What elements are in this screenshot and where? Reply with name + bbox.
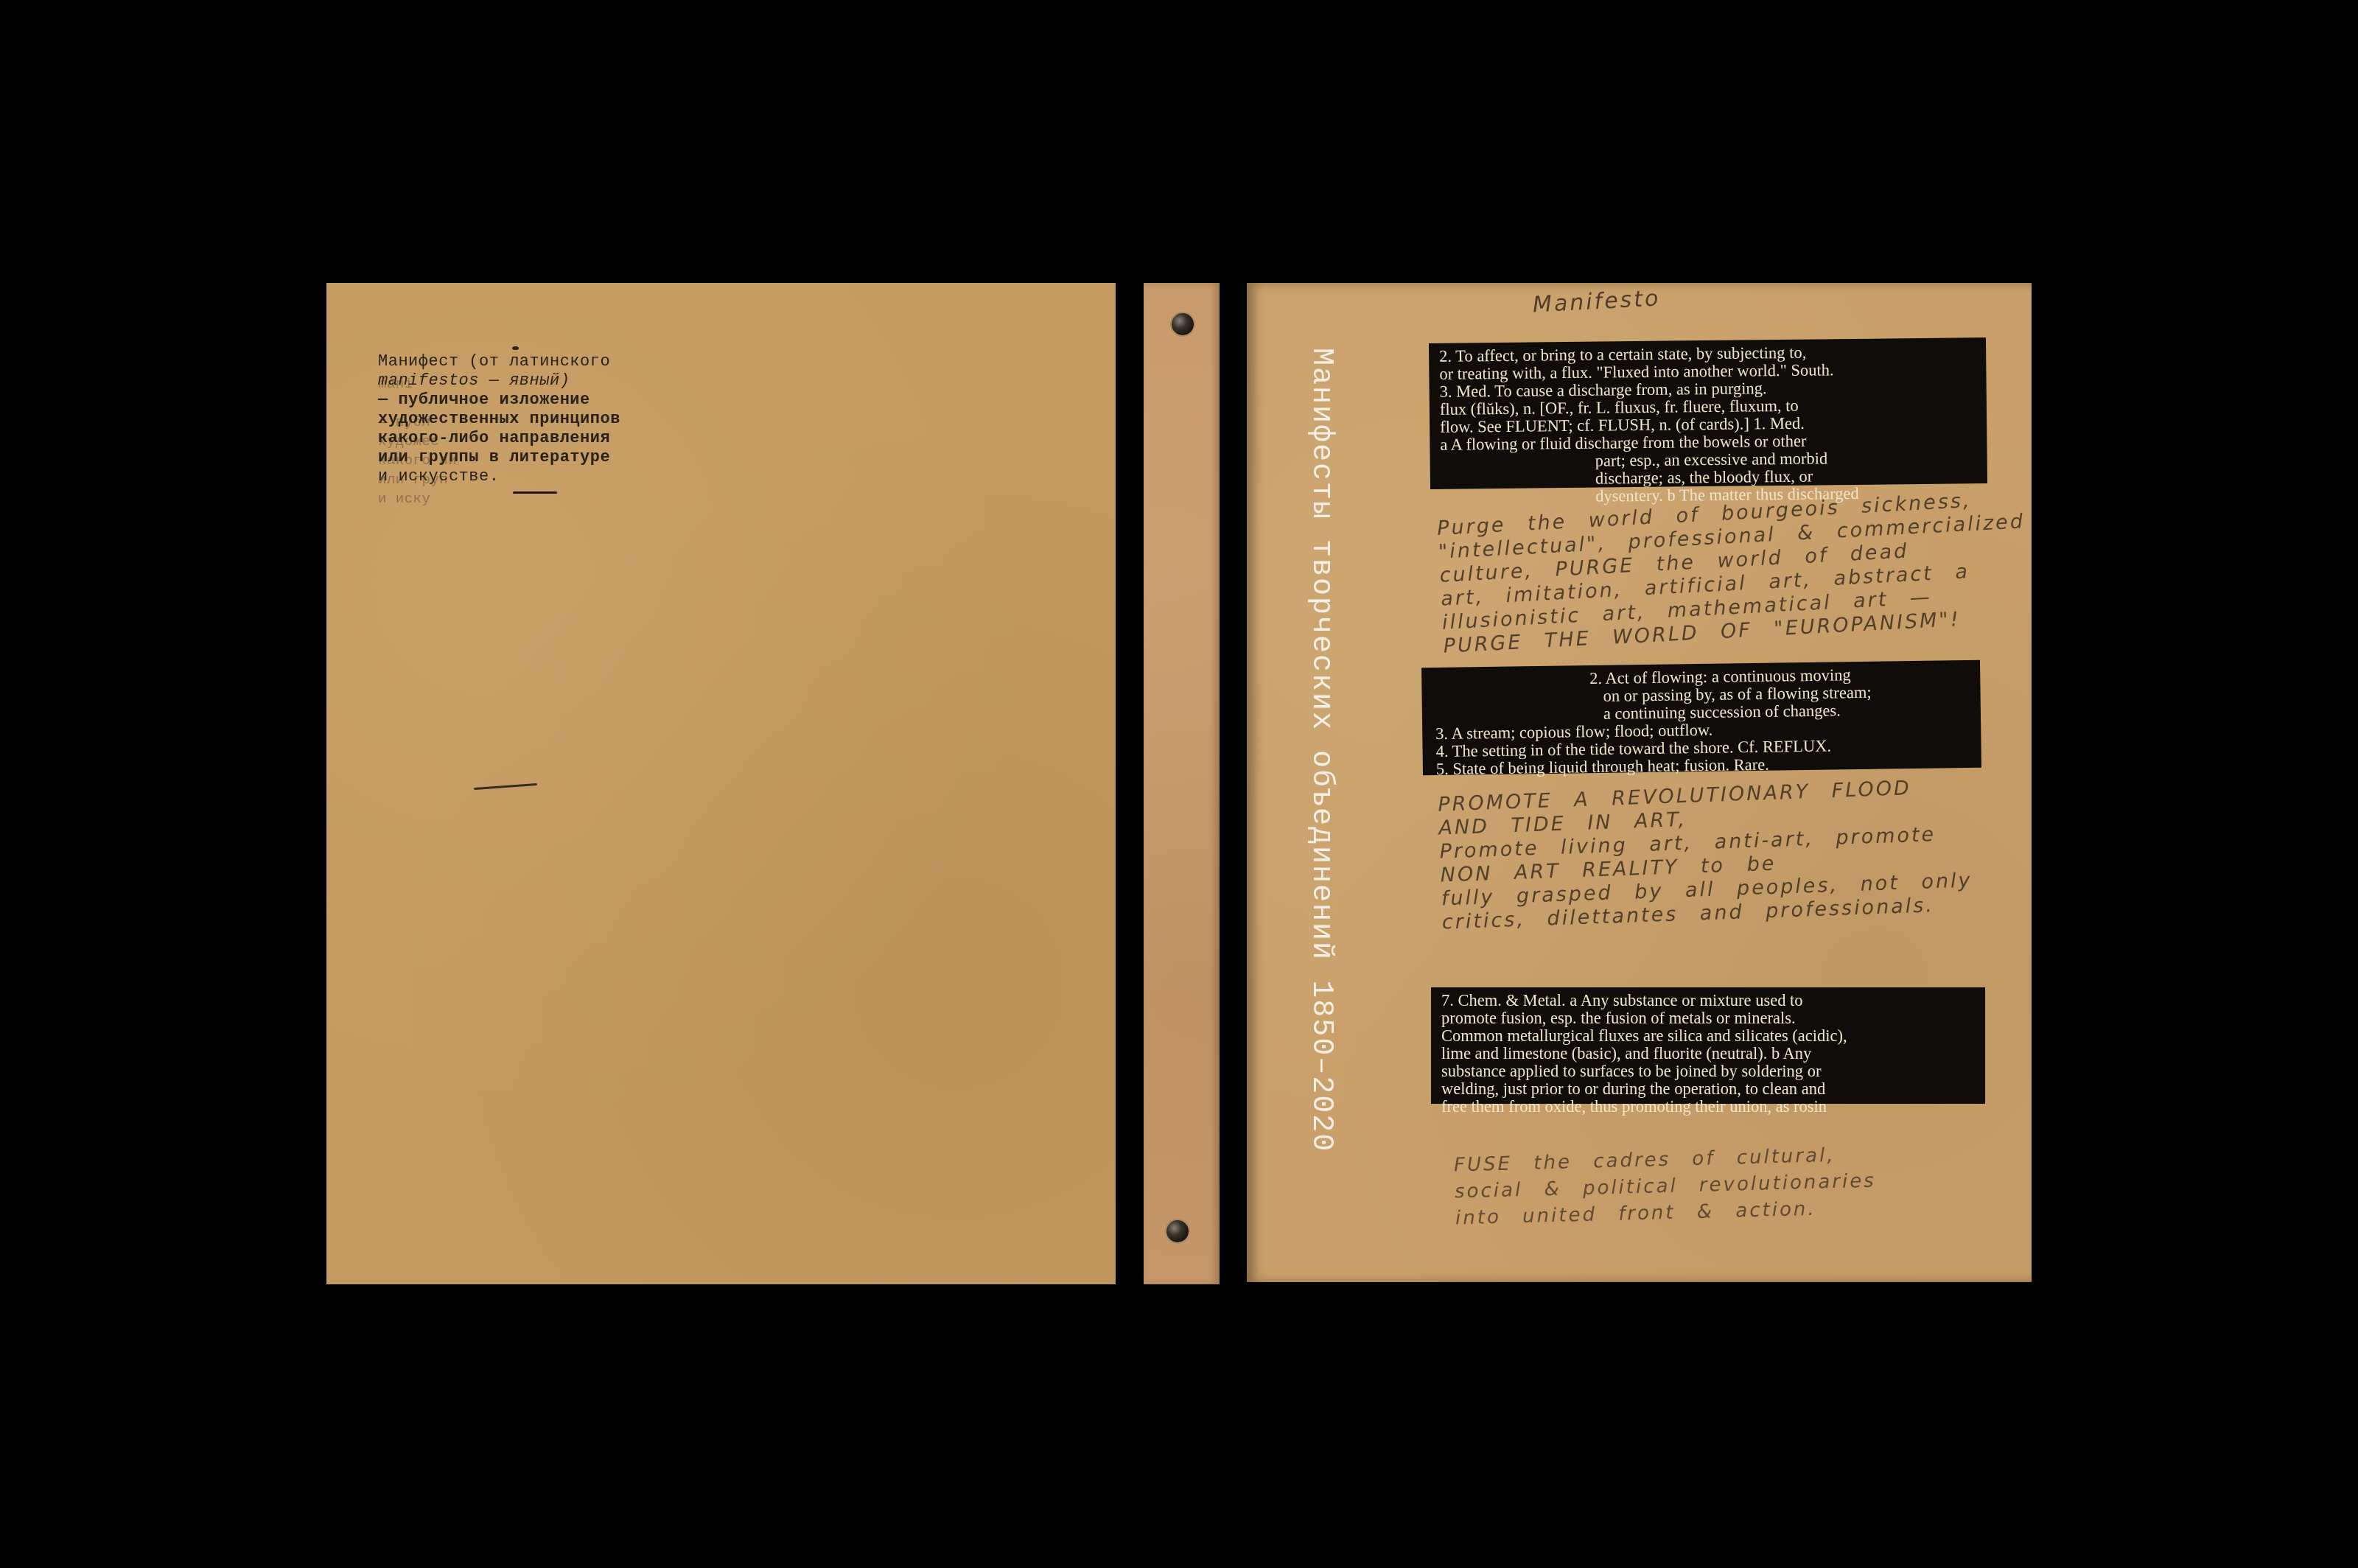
handwritten-promote: PROMOTE A REVOLUTIONARY FLOOD AND TIDE I… [1438,774,1973,934]
handwritten-heading: Manifesto [1532,285,1661,318]
clipping-line: 7. Chem. & Metal. a Any substance or mix… [1441,992,1975,1009]
handwritten-fuse: FUSE the cadres of cultural, social & po… [1454,1141,1877,1232]
grommet-icon [1172,313,1194,335]
front-cover: Манифесты творческих объединений 1850–20… [1247,283,2032,1282]
ghost-text: — публ [378,413,430,432]
ghost-text: mani [378,374,413,393]
ghost-text: и иску [378,489,430,508]
clipping-line: substance applied to surfaces to be join… [1441,1063,1975,1080]
clipping-line: welding, just prior to or during the ope… [1441,1080,1975,1098]
clipping-line: lime and limestone (basic), and fluorite… [1441,1045,1975,1063]
clipping-line: Common metallurgical fluxes are silica a… [1441,1027,1975,1045]
clipping-line: free them from oxide, thus promoting the… [1441,1098,1975,1116]
clipping-line: promote fusion, esp. the fusion of metal… [1441,1009,1975,1027]
definition-line: Манифест (от латинского [378,352,702,371]
spine [1144,283,1220,1284]
definition-line: — публичное изложение [378,391,702,410]
back-cover: mani — публ художес какого-ли или груп и… [326,283,1116,1284]
ghost-text: какого-ли [378,451,457,470]
handwritten-purge: Purge the world of bourgeois sickness, "… [1437,486,2031,658]
ink-dot [512,346,519,350]
manifesto-definition: mani — публ художес какого-ли или груп и… [378,352,702,486]
ink-stroke [474,783,537,790]
definition-line: manifestos — явный) [378,371,702,391]
ghost-text: или груп [378,470,448,489]
book-title: Манифесты творческих объединений 1850–20… [1304,348,1337,1152]
dictionary-clipping-flux: 2. To affect, or bring to a certain stat… [1429,337,1987,489]
dictionary-clipping-chem-metal: 7. Chem. & Metal. a Any substance or mix… [1431,987,1985,1104]
ghost-text: художес [378,432,439,451]
dictionary-clipping-flow: 2. Act of flowing: a continuous moving o… [1421,660,1981,776]
ink-stroke [513,491,557,494]
grommet-icon [1166,1220,1189,1242]
